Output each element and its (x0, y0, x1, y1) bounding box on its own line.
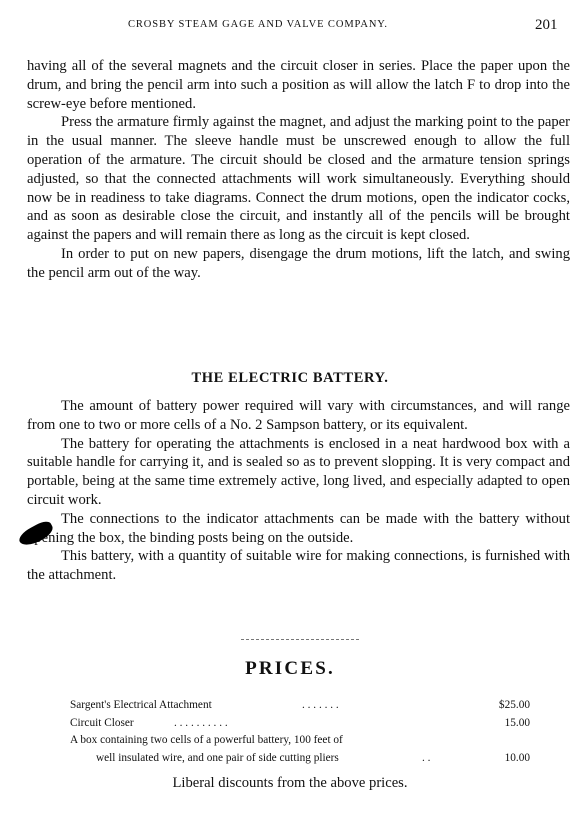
price-item-label: A box containing two cells of a powerful… (70, 732, 343, 750)
section-divider (241, 639, 359, 640)
running-head: Crosby Steam Gage and Valve Company. 201 (0, 17, 580, 37)
prices-heading: PRICES. (0, 658, 580, 680)
body-text-top: having all of the several magnets and th… (27, 57, 570, 283)
price-item-label: Sargent's Electrical Attachment (70, 697, 212, 715)
paragraph: Press the armature firmly against the ma… (27, 113, 570, 245)
dot-leaders: . . . . . . . (302, 697, 339, 715)
price-amount: 15.00 (505, 715, 530, 733)
paragraph: The connections to the indicator attachm… (27, 510, 570, 548)
page-number: 201 (535, 17, 558, 34)
dot-leaders: . . . . . . . . . . (174, 715, 228, 733)
running-head-title: Crosby Steam Gage and Valve Company. (128, 19, 388, 30)
paragraph: having all of the several magnets and th… (27, 57, 570, 113)
body-text-battery: The amount of battery power required wil… (27, 397, 570, 585)
price-row-continued: well insulated wire, and one pair of sid… (70, 750, 530, 768)
price-row: Sargent's Electrical Attachment . . . . … (70, 697, 530, 715)
discount-note: Liberal discounts from the above prices. (0, 775, 580, 792)
paragraph: This battery, with a quantity of suitabl… (27, 547, 570, 585)
price-item-label: Circuit Closer (70, 715, 134, 733)
price-item-label-line2: well insulated wire, and one pair of sid… (96, 750, 339, 768)
paragraph: The battery for operating the attachment… (27, 435, 570, 510)
price-row: A box containing two cells of a powerful… (70, 732, 530, 750)
dot-leaders: . . (422, 750, 430, 768)
price-row: Circuit Closer . . . . . . . . . . 15.00 (70, 715, 530, 733)
price-list: Sargent's Electrical Attachment . . . . … (70, 697, 530, 767)
section-heading-electric-battery: THE ELECTRIC BATTERY. (0, 370, 580, 387)
paragraph: The amount of battery power required wil… (27, 397, 570, 435)
price-amount: 10.00 (505, 750, 530, 768)
paragraph: In order to put on new papers, disengage… (27, 245, 570, 283)
price-amount: $25.00 (499, 697, 530, 715)
